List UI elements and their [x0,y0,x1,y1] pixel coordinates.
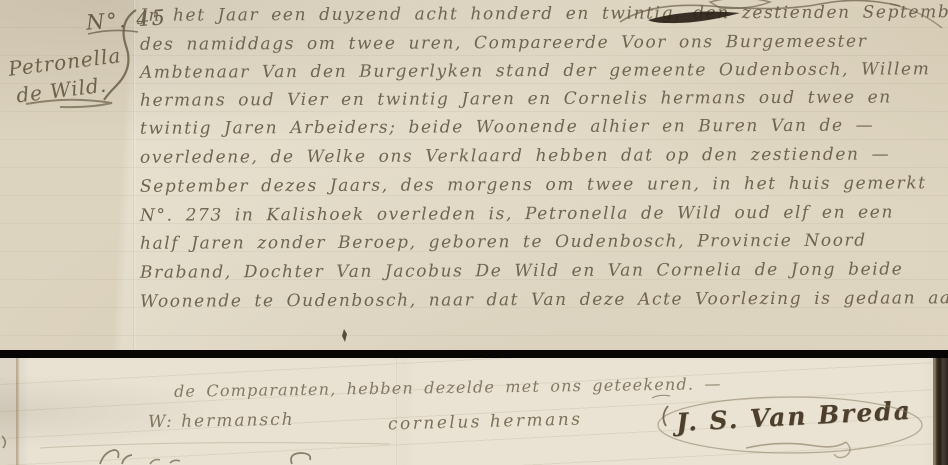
ink-speck [338,328,352,344]
body-line: half Jaren zonder Beroep, geboren te Oud… [140,230,946,254]
act-page: N°. 45 Petronella de Wild. Jn het Jaar e… [0,0,948,351]
body-line: Woonende te Oudenbosch, naar dat Van dez… [140,288,946,312]
paper-crease [396,358,398,465]
body-line: hermans oud Vier en twintig Jaren en Cor… [140,87,946,111]
body-line: overledene, de Welke ons Verklaard hebbe… [140,144,946,168]
paper-fold-line [16,358,19,465]
binding-edge [933,358,948,465]
body-line: September dezes Jaars, des morgens om tw… [140,173,946,197]
body-line: N°. 273 in Kalishoek overleden is, Petro… [140,202,946,226]
scanned-document: N°. 45 Petronella de Wild. Jn het Jaar e… [0,0,948,465]
body-line: Ambtenaar Van den Burgerlyken stand der … [140,59,946,83]
body-line: des namiddags om twee uren, Compareerde … [140,31,946,55]
body-line: twintig Jaren Arbeiders; beide Woonende … [140,115,946,139]
body-line: Braband, Dochter Van Jacobus De Wild en … [140,259,946,283]
body-line: Jn het Jaar een duyzend acht honderd en … [140,2,946,26]
paper-fold-line [133,0,136,351]
scan-divider-bar [0,350,948,358]
signature-witness-1: W: hermansch [148,410,295,433]
